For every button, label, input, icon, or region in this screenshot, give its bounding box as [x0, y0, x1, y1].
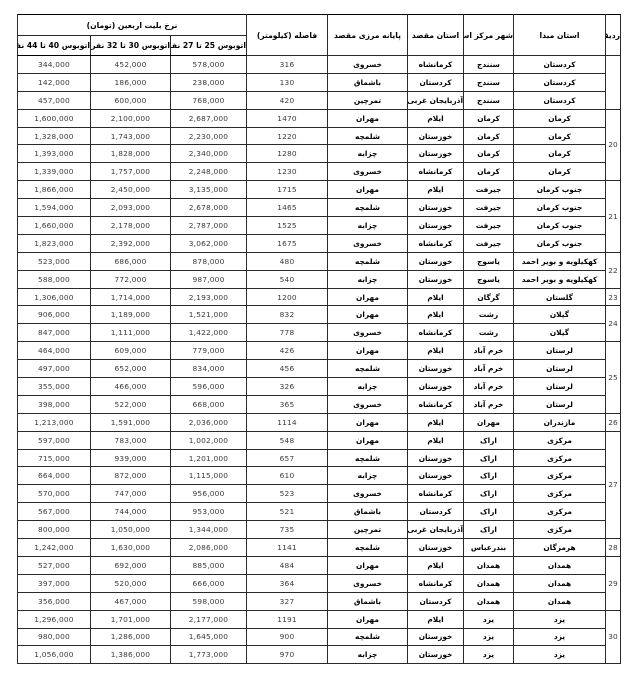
- price-40-44-cell: 1,393,000: [17, 145, 90, 163]
- price-25-27-cell: 3,062,000: [171, 234, 247, 252]
- origin-province-cell: کردستان: [514, 91, 606, 109]
- price-40-44-cell: 497,000: [17, 360, 90, 378]
- center-city-cell: اراک: [464, 431, 514, 449]
- price-30-32-cell: 1,828,000: [91, 145, 171, 163]
- price-40-44-cell: 1,600,000: [17, 109, 90, 127]
- center-city-cell: یاسوج: [464, 252, 514, 270]
- distance-cell: 1220: [247, 127, 328, 145]
- dest-province-cell: کرمانشاه: [408, 324, 464, 342]
- border-terminal-cell: خسروی: [328, 234, 408, 252]
- radif-cell: 28: [606, 539, 621, 557]
- radif-cell: 27: [606, 431, 621, 538]
- table-row: 28هرمزگانبندرعباسخوزستانشلمچه11412,086,0…: [17, 539, 620, 557]
- price-30-32-cell: 609,000: [91, 342, 171, 360]
- table-row: لرستانخرم آبادکرمانشاهخسروی365668,000522…: [17, 395, 620, 413]
- price-40-44-cell: 906,000: [17, 306, 90, 324]
- table-row: کردستانسنندجکرمانشاهخسروی316578,000452,0…: [17, 56, 620, 74]
- price-40-44-cell: 464,000: [17, 342, 90, 360]
- table-row: یزدیزدخوزستانچزابه9701,773,0001,386,0001…: [17, 646, 620, 664]
- distance-cell: 1715: [247, 181, 328, 199]
- price-40-44-cell: 344,000: [17, 56, 90, 74]
- table-row: مرکزیاراککرمانشاهخسروی523956,000747,0005…: [17, 485, 620, 503]
- price-25-27-cell: 2,787,000: [171, 217, 247, 235]
- table-row: مرکزیاراکخوزستانشلمچه6571,201,000939,000…: [17, 449, 620, 467]
- border-terminal-cell: مهران: [328, 109, 408, 127]
- radif-cell: 29: [606, 556, 621, 610]
- table-row: 20کرمانکرمانایلاممهران14702,687,0002,100…: [17, 109, 620, 127]
- dest-province-cell: خوزستان: [408, 449, 464, 467]
- dest-province-cell: ایلام: [408, 342, 464, 360]
- table-row: مرکزیاراکخوزستانچزابه6101,115,000872,000…: [17, 467, 620, 485]
- price-40-44-cell: 1,339,000: [17, 163, 90, 181]
- border-terminal-cell: باشماق: [328, 592, 408, 610]
- price-25-27-cell: 2,036,000: [171, 413, 247, 431]
- distance-cell: 735: [247, 521, 328, 539]
- distance-cell: 365: [247, 395, 328, 413]
- distance-cell: 456: [247, 360, 328, 378]
- table-row: 25لرستانخرم آبادایلاممهران426779,000609,…: [17, 342, 620, 360]
- price-25-27-cell: 596,000: [171, 378, 247, 396]
- border-terminal-cell: خسروی: [328, 56, 408, 74]
- center-city-cell: خرم آباد: [464, 360, 514, 378]
- center-city-cell: جیرفت: [464, 181, 514, 199]
- distance-cell: 326: [247, 378, 328, 396]
- radif-cell: 22: [606, 252, 621, 288]
- dest-province-cell: کرمانشاه: [408, 234, 464, 252]
- origin-province-cell: کردستان: [514, 73, 606, 91]
- distance-cell: 970: [247, 646, 328, 664]
- price-40-44-cell: 1,242,000: [17, 539, 90, 557]
- origin-province-cell: مرکزی: [514, 485, 606, 503]
- center-city-cell: خرم آباد: [464, 395, 514, 413]
- border-terminal-cell: مهران: [328, 288, 408, 306]
- table-row: 29همدانهمدانایلاممهران484885,000692,0005…: [17, 556, 620, 574]
- table-row: کهکیلویه و بویر احمدیاسوجخوزستانچزابه540…: [17, 270, 620, 288]
- radif-cell: 21: [606, 181, 621, 253]
- dest-province-cell: خوزستان: [408, 467, 464, 485]
- dest-province-cell: خوزستان: [408, 646, 464, 664]
- price-25-27-cell: 885,000: [171, 556, 247, 574]
- radif-cell: 25: [606, 342, 621, 414]
- price-30-32-cell: 1,111,000: [91, 324, 171, 342]
- center-city-cell: رشت: [464, 324, 514, 342]
- price-25-27-cell: 2,678,000: [171, 199, 247, 217]
- center-city-cell: همدان: [464, 592, 514, 610]
- dest-province-cell: ایلام: [408, 306, 464, 324]
- price-40-44-cell: 847,000: [17, 324, 90, 342]
- distance-cell: 778: [247, 324, 328, 342]
- price-25-27-cell: 779,000: [171, 342, 247, 360]
- price-30-32-cell: 783,000: [91, 431, 171, 449]
- arbaeen-bus-fare-table: ردیف استان مبدا شهر مرکز استان استان مقص…: [17, 14, 621, 664]
- radif-cell: 20: [606, 109, 621, 181]
- price-25-27-cell: 598,000: [171, 592, 247, 610]
- price-30-32-cell: 467,000: [91, 592, 171, 610]
- distance-cell: 480: [247, 252, 328, 270]
- distance-cell: 523: [247, 485, 328, 503]
- table-row: کردستانسنندجکردستانباشماق130238,000186,0…: [17, 73, 620, 91]
- price-25-27-cell: 2,230,000: [171, 127, 247, 145]
- border-terminal-cell: مهران: [328, 610, 408, 628]
- price-30-32-cell: 1,591,000: [91, 413, 171, 431]
- table-row: 22کهکیلویه و بویر احمدیاسوجخوزستانشلمچه4…: [17, 252, 620, 270]
- border-terminal-cell: مهران: [328, 306, 408, 324]
- price-40-44-cell: 1,056,000: [17, 646, 90, 664]
- dest-province-cell: خوزستان: [408, 378, 464, 396]
- radif-cell: [606, 56, 621, 110]
- price-25-27-cell: 1,645,000: [171, 628, 247, 646]
- border-terminal-cell: خسروی: [328, 324, 408, 342]
- dest-province-cell: ایلام: [408, 413, 464, 431]
- price-40-44-cell: 800,000: [17, 521, 90, 539]
- price-30-32-cell: 2,450,000: [91, 181, 171, 199]
- dest-province-cell: کرمانشاه: [408, 56, 464, 74]
- border-terminal-cell: خسروی: [328, 395, 408, 413]
- distance-cell: 521: [247, 503, 328, 521]
- table-row: گیلانرشتکرمانشاهخسروی7781,422,0001,111,0…: [17, 324, 620, 342]
- center-city-cell: سنندج: [464, 73, 514, 91]
- table-row: مرکزیاراککردستانباشماق521953,000744,0005…: [17, 503, 620, 521]
- price-30-32-cell: 1,050,000: [91, 521, 171, 539]
- dest-province-cell: خوزستان: [408, 539, 464, 557]
- origin-province-cell: مرکزی: [514, 431, 606, 449]
- distance-cell: 1525: [247, 217, 328, 235]
- distance-cell: 832: [247, 306, 328, 324]
- header-distance: فاصله (کیلومتر): [247, 15, 328, 56]
- border-terminal-cell: باشماق: [328, 503, 408, 521]
- dest-province-cell: کردستان: [408, 592, 464, 610]
- dest-province-cell: کردستان: [408, 73, 464, 91]
- border-terminal-cell: چزابه: [328, 378, 408, 396]
- table-row: لرستانخرم آبادخوزستانچزابه326596,000466,…: [17, 378, 620, 396]
- price-40-44-cell: 588,000: [17, 270, 90, 288]
- border-terminal-cell: تمرچین: [328, 91, 408, 109]
- distance-cell: 657: [247, 449, 328, 467]
- price-30-32-cell: 692,000: [91, 556, 171, 574]
- origin-province-cell: جنوب کرمان: [514, 234, 606, 252]
- price-40-44-cell: 1,328,000: [17, 127, 90, 145]
- center-city-cell: رشت: [464, 306, 514, 324]
- price-25-27-cell: 2,177,000: [171, 610, 247, 628]
- header-border-terminal: پایانه مرزی مقصد: [328, 15, 408, 56]
- border-terminal-cell: چزابه: [328, 145, 408, 163]
- border-terminal-cell: شلمچه: [328, 252, 408, 270]
- dest-province-cell: کرمانشاه: [408, 163, 464, 181]
- radif-cell: 26: [606, 413, 621, 431]
- origin-province-cell: جنوب کرمان: [514, 217, 606, 235]
- header-center-city: شهر مرکز استان: [464, 15, 514, 56]
- price-30-32-cell: 1,757,000: [91, 163, 171, 181]
- origin-province-cell: لرستان: [514, 378, 606, 396]
- center-city-cell: کرمان: [464, 163, 514, 181]
- distance-cell: 426: [247, 342, 328, 360]
- dest-province-cell: ایلام: [408, 109, 464, 127]
- price-25-27-cell: 834,000: [171, 360, 247, 378]
- price-30-32-cell: 452,000: [91, 56, 171, 74]
- center-city-cell: جیرفت: [464, 217, 514, 235]
- distance-cell: 1141: [247, 539, 328, 557]
- dest-province-cell: آذربایجان غربی: [408, 521, 464, 539]
- center-city-cell: سنندج: [464, 91, 514, 109]
- price-30-32-cell: 1,630,000: [91, 539, 171, 557]
- dest-province-cell: ایلام: [408, 288, 464, 306]
- header-price-group: نرخ بلیت اربعین (تومان): [17, 15, 246, 36]
- price-30-32-cell: 772,000: [91, 270, 171, 288]
- table-row: جنوب کرمانجیرفتکرمانشاهخسروی16753,062,00…: [17, 234, 620, 252]
- table-row: لرستانخرم آبادخوزستانشلمچه456834,000652,…: [17, 360, 620, 378]
- price-40-44-cell: 1,296,000: [17, 610, 90, 628]
- price-40-44-cell: 1,823,000: [17, 234, 90, 252]
- border-terminal-cell: مهران: [328, 342, 408, 360]
- border-terminal-cell: شلمچه: [328, 360, 408, 378]
- center-city-cell: جیرفت: [464, 199, 514, 217]
- price-40-44-cell: 1,213,000: [17, 413, 90, 431]
- table-row: کرمانکرمانخوزستانشلمچه12202,230,0001,743…: [17, 127, 620, 145]
- origin-province-cell: هرمزگان: [514, 539, 606, 557]
- table-row: 21جنوب کرمانجیرفتایلاممهران17153,135,000…: [17, 181, 620, 199]
- price-25-27-cell: 1,521,000: [171, 306, 247, 324]
- price-30-32-cell: 872,000: [91, 467, 171, 485]
- distance-cell: 1675: [247, 234, 328, 252]
- price-40-44-cell: 980,000: [17, 628, 90, 646]
- table-row: کرمانکرمانخوزستانچزابه12802,340,0001,828…: [17, 145, 620, 163]
- center-city-cell: خرم آباد: [464, 342, 514, 360]
- price-25-27-cell: 878,000: [171, 252, 247, 270]
- center-city-cell: مهران: [464, 413, 514, 431]
- origin-province-cell: مازندران: [514, 413, 606, 431]
- price-25-27-cell: 668,000: [171, 395, 247, 413]
- price-25-27-cell: 238,000: [171, 73, 247, 91]
- center-city-cell: یزد: [464, 610, 514, 628]
- border-terminal-cell: چزابه: [328, 646, 408, 664]
- origin-province-cell: یزد: [514, 610, 606, 628]
- price-40-44-cell: 397,000: [17, 574, 90, 592]
- center-city-cell: اراک: [464, 503, 514, 521]
- origin-province-cell: کرمان: [514, 145, 606, 163]
- header-dest-province: استان مقصد: [408, 15, 464, 56]
- price-25-27-cell: 3,135,000: [171, 181, 247, 199]
- dest-province-cell: خوزستان: [408, 127, 464, 145]
- center-city-cell: کرمان: [464, 127, 514, 145]
- price-25-27-cell: 768,000: [171, 91, 247, 109]
- distance-cell: 130: [247, 73, 328, 91]
- origin-province-cell: مرکزی: [514, 467, 606, 485]
- border-terminal-cell: چزابه: [328, 467, 408, 485]
- price-30-32-cell: 600,000: [91, 91, 171, 109]
- distance-cell: 1465: [247, 199, 328, 217]
- price-25-27-cell: 1,201,000: [171, 449, 247, 467]
- border-terminal-cell: تمرچین: [328, 521, 408, 539]
- border-terminal-cell: شلمچه: [328, 199, 408, 217]
- center-city-cell: یزد: [464, 628, 514, 646]
- price-25-27-cell: 2,687,000: [171, 109, 247, 127]
- table-row: 23گلستانگرگانایلاممهران12002,193,0001,71…: [17, 288, 620, 306]
- table-row: 30یزدیزدایلاممهران11912,177,0001,701,000…: [17, 610, 620, 628]
- radif-cell: 30: [606, 610, 621, 664]
- center-city-cell: کرمان: [464, 145, 514, 163]
- origin-province-cell: لرستان: [514, 360, 606, 378]
- origin-province-cell: کرمان: [514, 127, 606, 145]
- price-40-44-cell: 664,000: [17, 467, 90, 485]
- center-city-cell: گرگان: [464, 288, 514, 306]
- price-40-44-cell: 1,306,000: [17, 288, 90, 306]
- origin-province-cell: لرستان: [514, 395, 606, 413]
- center-city-cell: بندرعباس: [464, 539, 514, 557]
- table-row: همدانهمدانکرمانشاهخسروی364666,000520,000…: [17, 574, 620, 592]
- origin-province-cell: همدان: [514, 556, 606, 574]
- price-40-44-cell: 567,000: [17, 503, 90, 521]
- dest-province-cell: کرمانشاه: [408, 485, 464, 503]
- center-city-cell: یزد: [464, 646, 514, 664]
- origin-province-cell: یزد: [514, 628, 606, 646]
- distance-cell: 1230: [247, 163, 328, 181]
- border-terminal-cell: شلمچه: [328, 127, 408, 145]
- table-row: 24گیلانرشتایلاممهران8321,521,0001,189,00…: [17, 306, 620, 324]
- dest-province-cell: خوزستان: [408, 217, 464, 235]
- dest-province-cell: ایلام: [408, 556, 464, 574]
- price-40-44-cell: 457,000: [17, 91, 90, 109]
- center-city-cell: یاسوج: [464, 270, 514, 288]
- distance-cell: 316: [247, 56, 328, 74]
- price-30-32-cell: 466,000: [91, 378, 171, 396]
- distance-cell: 420: [247, 91, 328, 109]
- dest-province-cell: خوزستان: [408, 145, 464, 163]
- center-city-cell: جیرفت: [464, 234, 514, 252]
- price-30-32-cell: 652,000: [91, 360, 171, 378]
- distance-cell: 327: [247, 592, 328, 610]
- price-30-32-cell: 520,000: [91, 574, 171, 592]
- distance-cell: 1114: [247, 413, 328, 431]
- center-city-cell: اراک: [464, 485, 514, 503]
- price-30-32-cell: 1,743,000: [91, 127, 171, 145]
- header-bus-30-32: اتوبوس 30 تا 32 نفره: [91, 36, 171, 56]
- origin-province-cell: کرمان: [514, 109, 606, 127]
- border-terminal-cell: چزابه: [328, 217, 408, 235]
- center-city-cell: سنندج: [464, 56, 514, 74]
- dest-province-cell: ایلام: [408, 610, 464, 628]
- center-city-cell: اراک: [464, 467, 514, 485]
- price-25-27-cell: 578,000: [171, 56, 247, 74]
- arbaeen-bus-fare-table-page: ردیف استان مبدا شهر مرکز استان استان مقص…: [0, 0, 627, 683]
- price-30-32-cell: 1,189,000: [91, 306, 171, 324]
- distance-cell: 1280: [247, 145, 328, 163]
- header-bus-25-27: اتوبوس 25 تا 27 نفره: [171, 36, 247, 56]
- dest-province-cell: ایلام: [408, 431, 464, 449]
- price-25-27-cell: 1,422,000: [171, 324, 247, 342]
- table-row: کرمانکرمانکرمانشاهخسروی12302,248,0001,75…: [17, 163, 620, 181]
- price-30-32-cell: 2,100,000: [91, 109, 171, 127]
- origin-province-cell: کردستان: [514, 56, 606, 74]
- origin-province-cell: یزد: [514, 646, 606, 664]
- origin-province-cell: مرکزی: [514, 521, 606, 539]
- center-city-cell: همدان: [464, 574, 514, 592]
- center-city-cell: همدان: [464, 556, 514, 574]
- dest-province-cell: کرمانشاه: [408, 395, 464, 413]
- border-terminal-cell: باشماق: [328, 73, 408, 91]
- price-40-44-cell: 1,660,000: [17, 217, 90, 235]
- border-terminal-cell: مهران: [328, 413, 408, 431]
- price-25-27-cell: 956,000: [171, 485, 247, 503]
- border-terminal-cell: مهران: [328, 181, 408, 199]
- center-city-cell: اراک: [464, 449, 514, 467]
- price-30-32-cell: 744,000: [91, 503, 171, 521]
- price-25-27-cell: 666,000: [171, 574, 247, 592]
- border-terminal-cell: شلمچه: [328, 449, 408, 467]
- origin-province-cell: لرستان: [514, 342, 606, 360]
- dest-province-cell: خوزستان: [408, 628, 464, 646]
- price-25-27-cell: 953,000: [171, 503, 247, 521]
- price-40-44-cell: 1,594,000: [17, 199, 90, 217]
- dest-province-cell: کردستان: [408, 503, 464, 521]
- table-body: کردستانسنندجکرمانشاهخسروی316578,000452,0…: [17, 56, 620, 664]
- price-30-32-cell: 2,093,000: [91, 199, 171, 217]
- price-30-32-cell: 1,286,000: [91, 628, 171, 646]
- price-30-32-cell: 1,701,000: [91, 610, 171, 628]
- dest-province-cell: خوزستان: [408, 360, 464, 378]
- border-terminal-cell: شلمچه: [328, 628, 408, 646]
- price-40-44-cell: 398,000: [17, 395, 90, 413]
- price-25-27-cell: 1,344,000: [171, 521, 247, 539]
- price-40-44-cell: 715,000: [17, 449, 90, 467]
- price-40-44-cell: 142,000: [17, 73, 90, 91]
- border-terminal-cell: خسروی: [328, 163, 408, 181]
- dest-province-cell: کرمانشاه: [408, 574, 464, 592]
- price-30-32-cell: 2,392,000: [91, 234, 171, 252]
- price-40-44-cell: 527,000: [17, 556, 90, 574]
- dest-province-cell: خوزستان: [408, 252, 464, 270]
- price-40-44-cell: 597,000: [17, 431, 90, 449]
- price-30-32-cell: 2,178,000: [91, 217, 171, 235]
- price-25-27-cell: 1,002,000: [171, 431, 247, 449]
- distance-cell: 484: [247, 556, 328, 574]
- table-row: کردستانسنندجآذربایجان غربیتمرچین420768,0…: [17, 91, 620, 109]
- border-terminal-cell: مهران: [328, 431, 408, 449]
- table-row: همدانهمدانکردستانباشماق327598,000467,000…: [17, 592, 620, 610]
- origin-province-cell: گلستان: [514, 288, 606, 306]
- price-25-27-cell: 2,193,000: [171, 288, 247, 306]
- origin-province-cell: جنوب کرمان: [514, 199, 606, 217]
- distance-cell: 540: [247, 270, 328, 288]
- border-terminal-cell: چزابه: [328, 270, 408, 288]
- header-bus-40-44: اتوبوس 40 تا 44 نفره: [17, 36, 90, 56]
- distance-cell: 900: [247, 628, 328, 646]
- price-40-44-cell: 1,866,000: [17, 181, 90, 199]
- distance-cell: 1200: [247, 288, 328, 306]
- origin-province-cell: مرکزی: [514, 449, 606, 467]
- origin-province-cell: جنوب کرمان: [514, 181, 606, 199]
- origin-province-cell: کرمان: [514, 163, 606, 181]
- price-40-44-cell: 523,000: [17, 252, 90, 270]
- border-terminal-cell: مهران: [328, 556, 408, 574]
- price-25-27-cell: 2,248,000: [171, 163, 247, 181]
- table-row: 26مازندرانمهرانایلاممهران11142,036,0001,…: [17, 413, 620, 431]
- price-30-32-cell: 939,000: [91, 449, 171, 467]
- price-25-27-cell: 987,000: [171, 270, 247, 288]
- dest-province-cell: آذربایجان غربی: [408, 91, 464, 109]
- table-header: ردیف استان مبدا شهر مرکز استان استان مقص…: [17, 15, 620, 56]
- origin-province-cell: گیلان: [514, 324, 606, 342]
- price-25-27-cell: 2,086,000: [171, 539, 247, 557]
- dest-province-cell: خوزستان: [408, 199, 464, 217]
- dest-province-cell: خوزستان: [408, 270, 464, 288]
- table-row: 27مرکزیاراکایلاممهران5481,002,000783,000…: [17, 431, 620, 449]
- origin-province-cell: همدان: [514, 592, 606, 610]
- price-30-32-cell: 522,000: [91, 395, 171, 413]
- price-30-32-cell: 747,000: [91, 485, 171, 503]
- header-origin-province: استان مبدا: [514, 15, 606, 56]
- price-25-27-cell: 2,340,000: [171, 145, 247, 163]
- price-25-27-cell: 1,115,000: [171, 467, 247, 485]
